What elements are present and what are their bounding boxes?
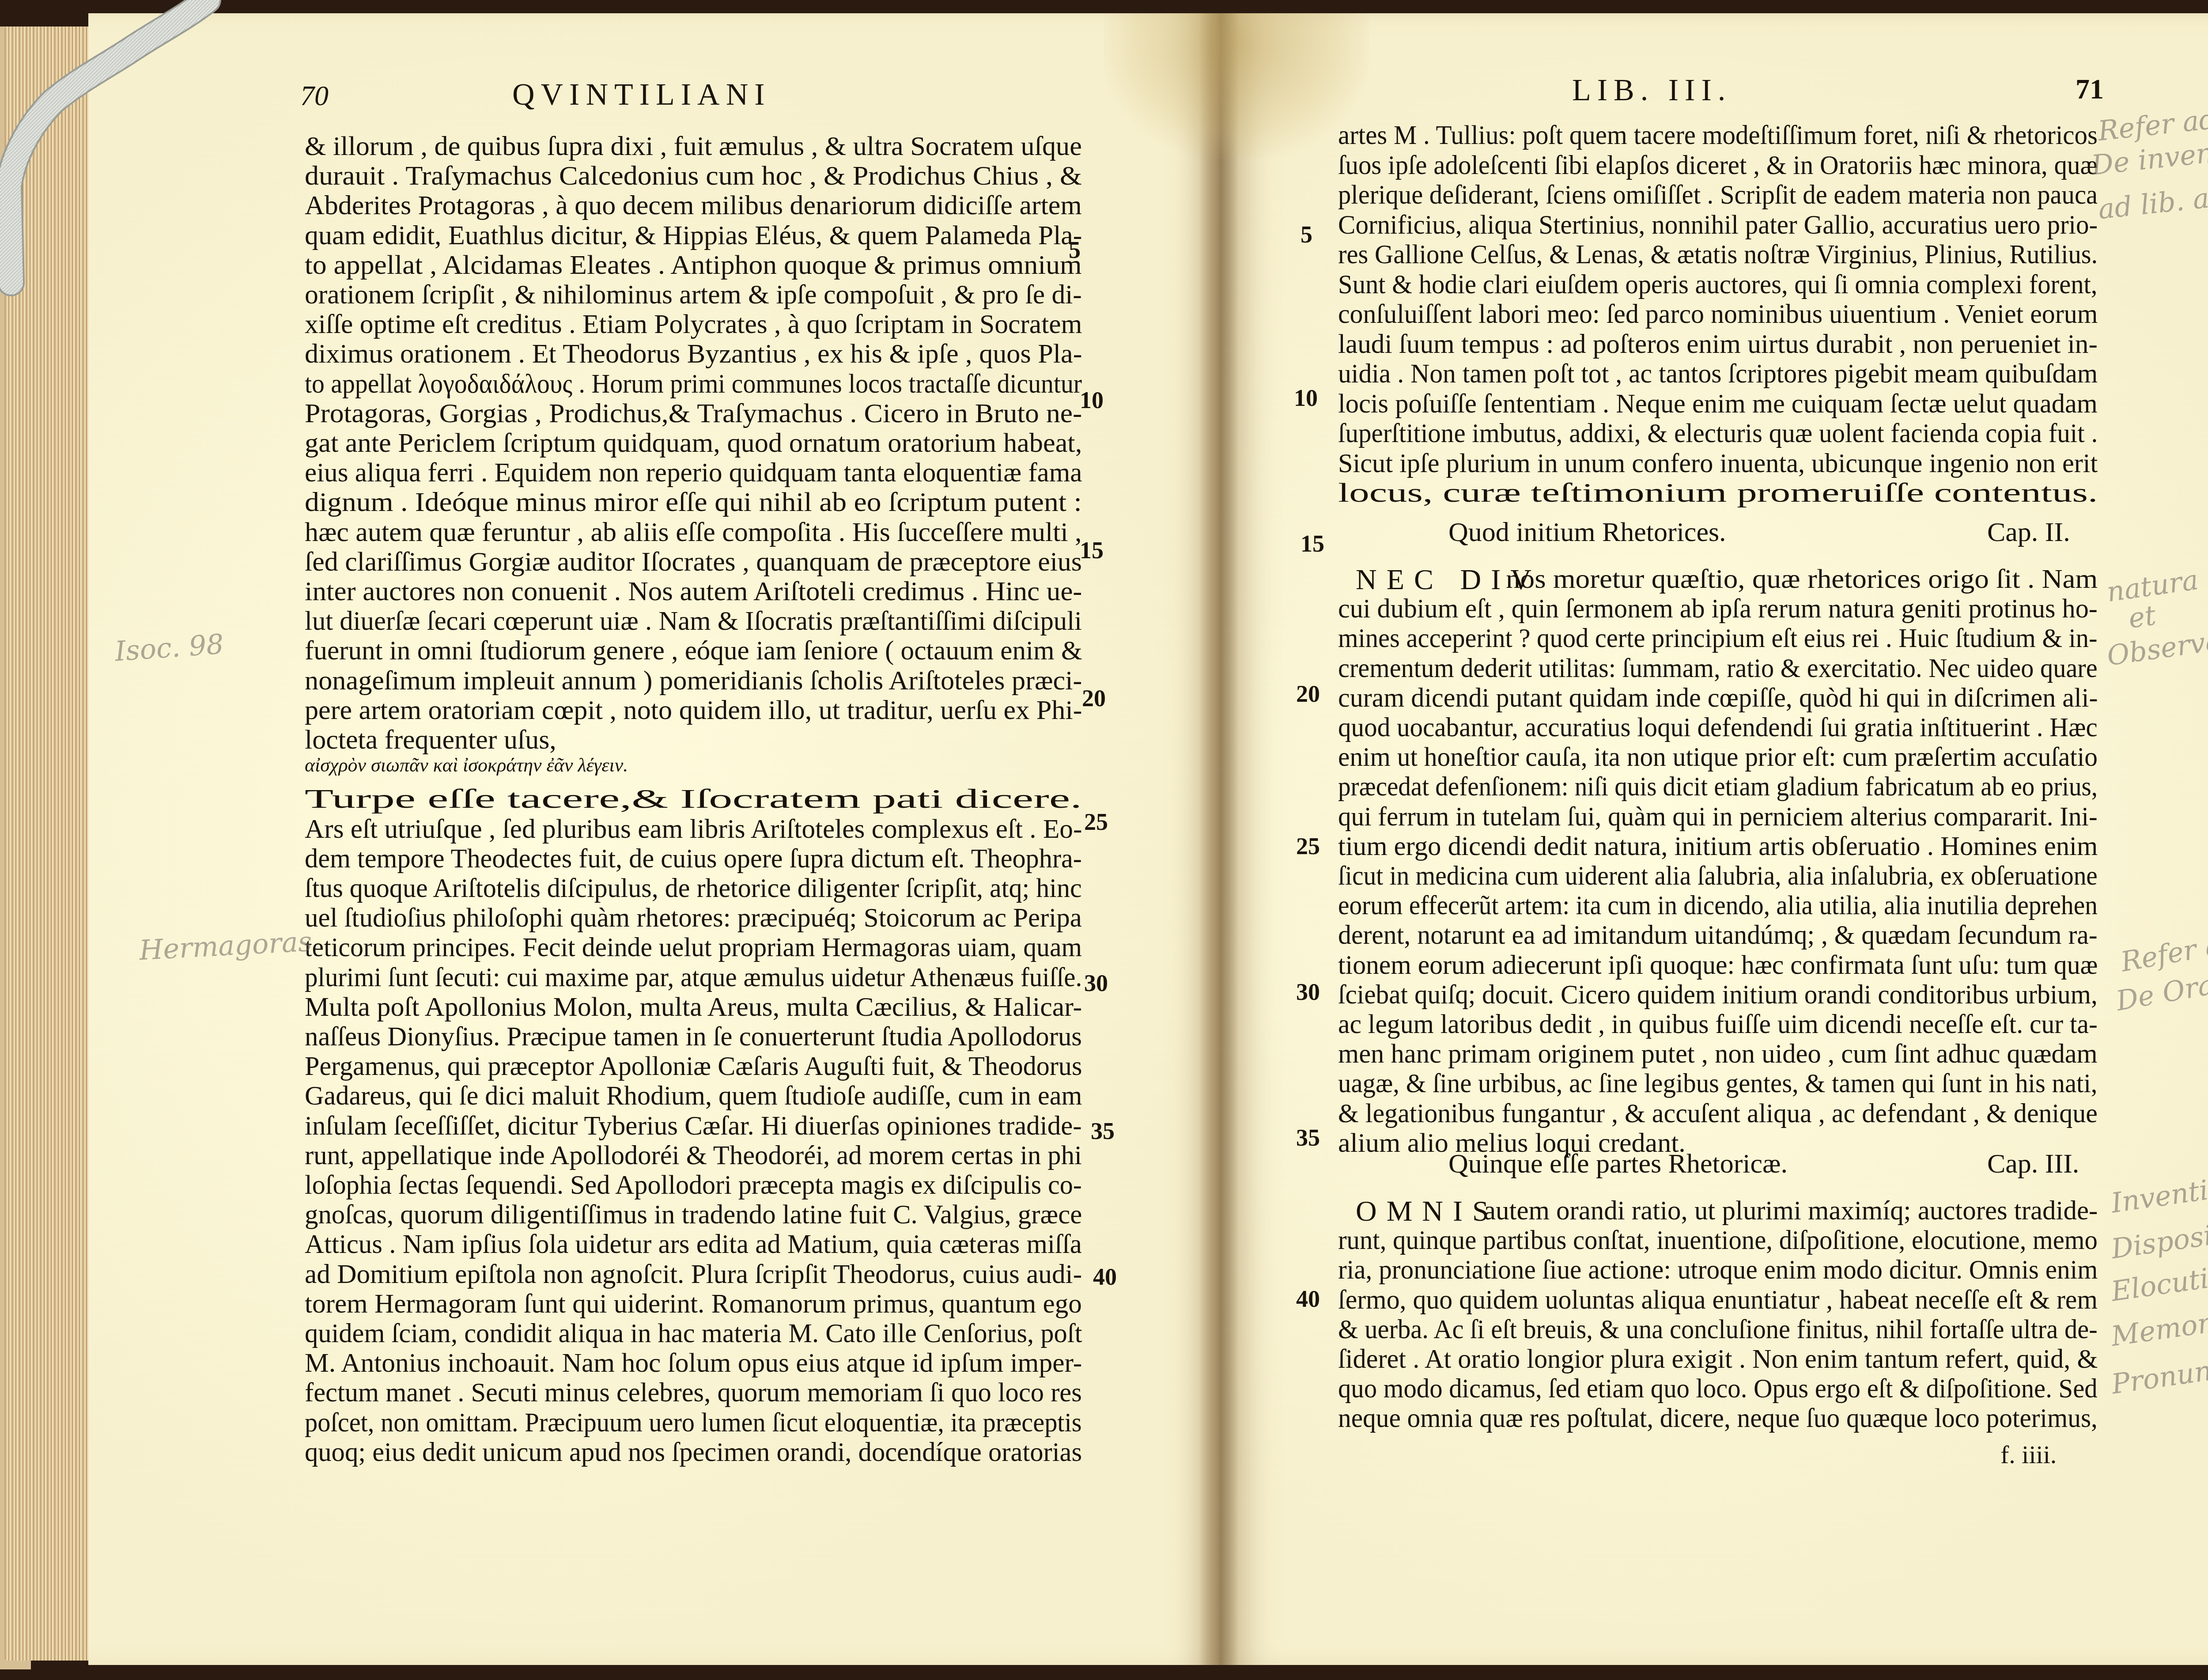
text-line: ſed clariſſimus Gorgiæ auditor Iſocrates…: [305, 548, 1082, 575]
pencil-annotation: Inventio: [2109, 1171, 2208, 1219]
text-line: Abderites Protagoras , à quo decem milib…: [305, 192, 1082, 219]
pencil-annotation: Isoc. 98: [114, 628, 225, 667]
text-line: plurimi ſunt ſecuti: cui maxime par, atq…: [305, 964, 1082, 991]
text-line: to appellat λογοδαιδάλους . Horum primi …: [305, 370, 1082, 397]
text-line: Protagoras, Gorgias , Prodichus,& Traſym…: [305, 400, 1082, 427]
text-line: men hanc primam originem putet , non uid…: [1338, 1040, 2098, 1067]
chapter-label: Cap. III.: [1987, 1148, 2079, 1180]
text-line: & legationibus fungantur , & accuſent al…: [1338, 1100, 2098, 1127]
pencil-annotation: et: [2126, 599, 2158, 635]
text-line: inſulam ſeceſſiſſet, dicitur Tyberius Cæ…: [305, 1112, 1082, 1139]
text-line: locus, curæ teſtimonium promeruiſſe cont…: [1338, 479, 2098, 507]
text-line: eius aliqua ferri . Equidem non reperio …: [305, 459, 1082, 486]
text-line: Gadareus, qui ſe dici maluit Rhodium, qu…: [305, 1082, 1082, 1109]
page-number-left: 70: [300, 79, 329, 112]
page-block-edge-left: [4, 26, 97, 1661]
chapter-initial: OMNIS: [1356, 1197, 1498, 1226]
text-line: Sunt & hodie clari eiuſdem operis auctor…: [1338, 271, 2098, 298]
text-line: crementum dederit utilitas: ſummam, rati…: [1338, 655, 2098, 682]
text-line: torem Hermagoram ſunt qui uiderint. Roma…: [305, 1290, 1082, 1317]
text-line: uidia . Non tamen poſt tot , ac tantos ſ…: [1338, 360, 2098, 387]
text-line: tium ergo dicendi dedit natura, initium …: [1338, 832, 2098, 860]
line-number: 30: [1084, 969, 1108, 997]
text-line: dignum . Ideóque minus miror eſſe qui ni…: [305, 488, 1082, 516]
pencil-annotation: Elocutio: [2109, 1260, 2208, 1307]
line-number: 30: [1296, 978, 1320, 1006]
text-line: diximus orationem . Et Theodorus Byzanti…: [305, 340, 1082, 367]
text-line: ſciebat quiſq; docuit. Cicero quidem ini…: [1338, 981, 2098, 1008]
line-number: 10: [1294, 384, 1318, 412]
text-line: præcedat defenſionem: niſi quis dicit et…: [1338, 773, 2098, 800]
text-line: ac legum latoribus dedit , in quibus fui…: [1338, 1010, 2098, 1038]
line-number: 10: [1080, 386, 1104, 414]
pencil-annotation: Dispositio: [2109, 1214, 2208, 1265]
text-line: pere artem oratoriam cœpit , noto quidem…: [305, 696, 1082, 724]
text-line: hæc autem quæ feruntur , ab aliis eſſe c…: [305, 518, 1082, 546]
text-line: nos moretur quæſtio, quæ rhetorices orig…: [1506, 565, 2098, 593]
text-line: gnoſcas, quorum diligentiſſimus in trade…: [305, 1201, 1082, 1228]
book-gutter: [1199, 13, 1239, 1665]
pencil-annotation: Pronunciatio: [2110, 1343, 2208, 1400]
line-number: 5: [1069, 236, 1081, 264]
line-number: 25: [1296, 832, 1320, 860]
text-line: laudi ſuum tempus : ad poſteros enim uir…: [1338, 330, 2098, 358]
text-line: mines acceperint ? quod certe principium…: [1338, 624, 2098, 652]
text-line: M. Antonius inchoauit. Nam hoc ſolum opu…: [305, 1349, 1082, 1377]
text-line: loſophia ſectas ſequendi. Sed Apollodori…: [305, 1171, 1082, 1199]
text-line: lut diuerſæ ſecari cœperunt uiæ . Nam & …: [305, 607, 1082, 635]
text-line: αἰσχρὸν σιωπᾶν καὶ ἰσοκράτην ἐᾶν λέγειν.: [305, 756, 628, 775]
pencil-annotation: Memoria: [2109, 1303, 2208, 1353]
text-line: Sicut ipſe plurium in unum confero inuen…: [1338, 450, 2098, 477]
line-number: 15: [1301, 530, 1324, 557]
text-line: dem tempore Theodectes fuit, de cuius op…: [305, 845, 1082, 872]
text-line: autem orandi ratio, ut plurimi maximíq; …: [1484, 1197, 2098, 1224]
text-line: qui ferrum in tutelam ſui, quàm qui in p…: [1338, 803, 2098, 830]
text-line: Multa poſt Apollonius Molon, multa Areus…: [305, 993, 1082, 1021]
text-line: plerique deſiderant, ſciens omiſiſſet . …: [1338, 181, 2098, 208]
text-line: ſideret . At oratio longior plura exigit…: [1338, 1345, 2098, 1373]
water-stain: [1104, 13, 1369, 159]
right-page: LIB. III. 71 artes M . Tullius: poſt que…: [1219, 13, 2208, 1665]
text-line: locis poſuiſſe ſententiam . Neque enim m…: [1338, 390, 2098, 417]
pencil-annotation: Hermagoras: [138, 925, 313, 966]
text-line: quo modo dicamus, ſed etiam quo loco. Op…: [1338, 1375, 2098, 1402]
line-number: 35: [1091, 1117, 1115, 1145]
chapter-heading: Quinque eſſe partes Rhetoricæ.: [1448, 1148, 1788, 1180]
text-line: poſcet, non omittam. Præcipuum uero lume…: [305, 1409, 1082, 1436]
text-line: Turpe eſſe tacere,& Iſocratem pati dicer…: [305, 785, 1082, 813]
text-line: quoq; eius dedit unicum apud nos ſpecime…: [305, 1438, 1082, 1466]
text-line: quam edidit, Euathlus dicitur, & Hippias…: [305, 222, 1082, 249]
text-line: to appellat , Alcidamas Eleates . Antiph…: [305, 251, 1082, 279]
text-line: uagæ, & ſine urbibus, ac ſine legibus ge…: [1338, 1070, 2098, 1097]
text-line: Pergamenus, qui præceptor Apolloniæ Cæſa…: [305, 1052, 1082, 1080]
text-line: tionem eorum adiecerunt ipſi quoque: hæc…: [1338, 951, 2098, 979]
text-line: eorum effecerũt artem: ita cum in dicend…: [1338, 892, 2098, 919]
book-spread: 70 QVINTILIANI & illorum , de quibus ſup…: [0, 0, 2208, 1680]
text-line: orationem ſcripſit , & nihilominus artem…: [305, 281, 1082, 308]
text-line: res Gallione Celſus, & Lenas, & ætatis n…: [1338, 241, 2098, 268]
text-line: ſicut in medicina cum uiderent alia ſalu…: [1338, 862, 2098, 889]
line-number: 40: [1296, 1285, 1320, 1313]
text-line: artes M . Tullius: poſt quem tacere mode…: [1338, 121, 2098, 149]
text-line: ſuos ipſe adoleſcenti ſibi elapſos dicer…: [1338, 151, 2098, 179]
signature-mark: f. iiii.: [2000, 1440, 2057, 1469]
text-line: locteta frequenter uſus,: [305, 726, 556, 753]
line-number: 5: [1301, 221, 1312, 248]
text-line: Cornificius, aliqua Stertinius, nonnihil…: [1338, 211, 2098, 238]
line-number: 35: [1296, 1124, 1320, 1151]
text-line: fuerunt in omni ſtudiorum genere , eóque…: [305, 637, 1082, 664]
text-line: ad Domitium epiſtola non agnoſcit. Plura…: [305, 1260, 1082, 1288]
pencil-annotation: Refer ad 1um: [2118, 913, 2208, 978]
text-line: runt, appellatique inde Apollodoréi & Th…: [305, 1142, 1082, 1169]
text-line: naſſeus Dionyſius. Præcipue tamen in ſe …: [305, 1023, 1082, 1050]
text-line: ſermo, quo quidem uoluntas aliqua enunti…: [1338, 1286, 2098, 1313]
line-number: 20: [1082, 685, 1106, 712]
chapter-heading: Quod initium Rhetorices.: [1448, 517, 1726, 548]
text-line: teticorum principes. Fecit deinde uelut …: [305, 934, 1082, 961]
text-line: inter auctores non conuenit . Nos autem …: [305, 578, 1082, 605]
text-line: fectum manet . Secuti minus celebres, qu…: [305, 1379, 1082, 1406]
text-line: curam dicendi putant quidam inde cœpiſſe…: [1338, 684, 2098, 711]
chapter-label: Cap. II.: [1987, 517, 2070, 548]
text-line: nonageſimum impleuit annum ) pomeridiani…: [305, 667, 1082, 694]
page-number-right: 71: [2076, 73, 2104, 106]
text-line: quidem ſciam, condidit aliqua in hac mat…: [305, 1320, 1082, 1347]
line-number: 20: [1296, 680, 1320, 708]
line-number: 40: [1093, 1263, 1117, 1290]
text-line: derent, notarunt ea ad imitandum uitandú…: [1338, 921, 2098, 949]
text-line: quod uocabantur, accuratius loqui defend…: [1338, 714, 2098, 741]
text-line: Ars eſt utriuſque , ſed pluribus eam lib…: [305, 815, 1082, 843]
line-number: 15: [1080, 537, 1104, 564]
text-line: cui dubium eſt , quin ſermonem ab ipſa r…: [1338, 595, 2098, 622]
text-line: gat ante Periclem ſcriptum quidquam, quo…: [305, 429, 1082, 457]
text-line: & illorum , de quibus ſupra dixi , fuit …: [305, 132, 1082, 160]
text-line: Atticus . Nam ipſius ſola uidetur ars ed…: [305, 1230, 1082, 1258]
text-line: ſtus quoque Ariſtotelis diſcipulus, de r…: [305, 874, 1082, 902]
running-head-right: LIB. III.: [1572, 73, 1732, 108]
line-number: 25: [1084, 808, 1108, 836]
running-head-left: QVINTILIANI: [512, 77, 771, 113]
text-line: neque omnia quæ res poſtulat, dicere, ne…: [1338, 1404, 2098, 1432]
text-line: ſuperſtitione imbutus, addixi, & electur…: [1338, 420, 2098, 447]
text-line: runt, quinque partibus conſtat, inuentio…: [1338, 1226, 2098, 1254]
text-line: durauit . Traſymachus Calcedonius cum ho…: [305, 162, 1082, 189]
text-line: & uerba. Ac ſi eſt breuis, & una concluſ…: [1338, 1316, 2098, 1343]
text-line: xiſſe optime eſt creditus . Etiam Polycr…: [305, 310, 1082, 338]
text-line: conſuluiſſent labori meo: ſed parco nomi…: [1338, 300, 2098, 328]
left-page: 70 QVINTILIANI & illorum , de quibus ſup…: [88, 13, 1219, 1665]
text-line: ria, pronunciatione ſiue actione: utroqu…: [1338, 1256, 2098, 1283]
text-line: enim ut honeſtior cauſa, ita non utique …: [1338, 743, 2098, 771]
text-line: uel ſtudioſius philoſophi quàm rhetores:…: [305, 904, 1082, 931]
